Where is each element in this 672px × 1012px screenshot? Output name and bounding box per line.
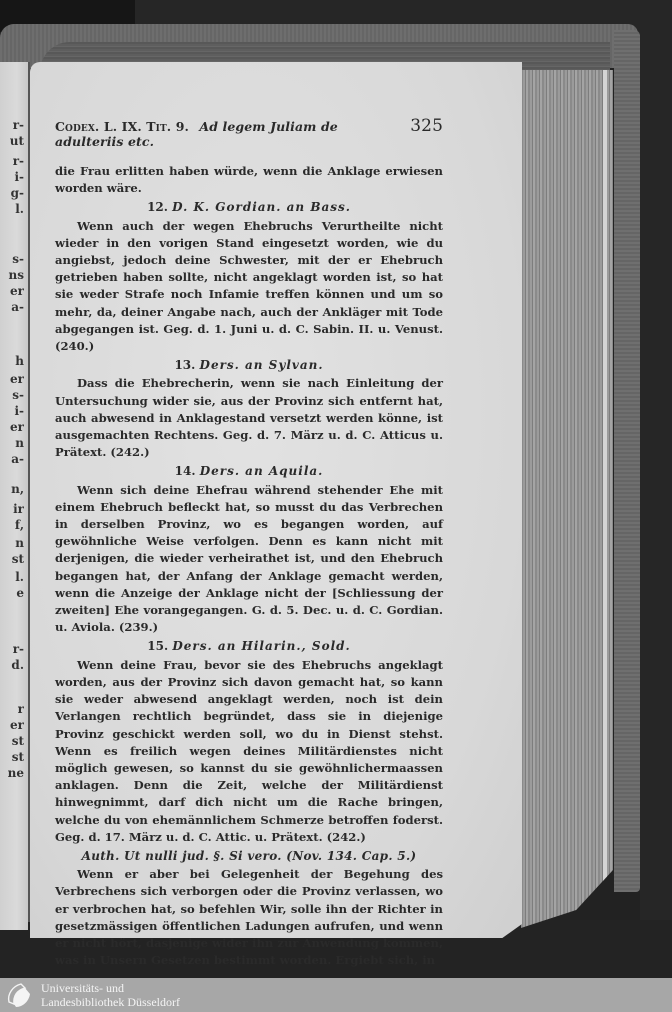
left-page-fragment: h: [0, 354, 24, 368]
paragraph: Wenn er aber bei Gelegenheit der Begehun…: [55, 866, 443, 969]
left-page-fragment: s-: [0, 252, 24, 266]
left-page-fragment: n: [0, 536, 24, 550]
paragraph: Wenn deine Frau, bevor sie des Ehebruchs…: [55, 657, 443, 846]
page-text: Codex. L. IX. Tit. 9. Ad legem Juliam de…: [55, 116, 443, 969]
left-page-fragment: s-: [0, 388, 24, 402]
left-page-fragment: ut: [0, 134, 24, 148]
left-page-fragment: st: [0, 750, 24, 764]
left-page-fragment: g-: [0, 186, 24, 200]
left-page-fragment: f,: [0, 518, 24, 532]
page-number: 325: [410, 116, 443, 136]
background: [640, 0, 672, 978]
book-cover-right: [614, 30, 640, 892]
scanned-book-image: r-utr-i-g-l.s-nsera-hers-i-erna-n,irf,ns…: [0, 0, 672, 978]
paragraph: Dass die Ehebrecherin, wenn sie nach Ein…: [55, 375, 443, 461]
left-page-fragment: ne: [0, 766, 24, 780]
book-gutter: [28, 62, 30, 922]
left-page-fragment: a-: [0, 452, 24, 466]
left-page-sliver: r-utr-i-g-l.s-nsera-hers-i-erna-n,irf,ns…: [0, 62, 28, 930]
section-heading: 13. Ders. an Sylvan.: [55, 357, 443, 374]
left-page-fragment: r: [0, 702, 24, 716]
running-head: Codex. L. IX. Tit. 9. Ad legem Juliam de…: [55, 116, 443, 149]
section-heading-authentica: Auth. Ut nulli jud. §. Si vero. (Nov. 13…: [55, 848, 443, 865]
left-page-fragment: n,: [0, 482, 24, 496]
left-page-fragment: r-: [0, 642, 24, 656]
left-page-fragment: st: [0, 552, 24, 566]
section-heading: 15. Ders. an Hilarin., Sold.: [55, 638, 443, 655]
left-page-fragment: st: [0, 734, 24, 748]
left-page-fragment: d.: [0, 658, 24, 672]
left-page-fragment: er: [0, 284, 24, 298]
library-logo-icon: [3, 980, 33, 1010]
library-name: Universitäts- und Landesbibliothek Düsse…: [41, 981, 180, 1009]
page-edges-right: [521, 70, 613, 928]
left-page-fragment: ns: [0, 268, 24, 282]
left-page-fragment: er: [0, 718, 24, 732]
section-heading: 14. Ders. an Aquila.: [55, 463, 443, 480]
left-page-fragment: i-: [0, 170, 24, 184]
running-head-codex: Codex. L. IX. Tit. 9.: [55, 119, 189, 134]
left-page-fragment: i-: [0, 404, 24, 418]
section-heading: 12. D. K. Gordian. an Bass.: [55, 199, 443, 216]
left-page-fragment: r-: [0, 154, 24, 168]
left-page-fragment: n: [0, 436, 24, 450]
library-footer-bar: Universitäts- und Landesbibliothek Düsse…: [0, 978, 672, 1012]
left-page-fragment: r-: [0, 118, 24, 132]
paragraph: die Frau erlitten haben würde, wenn die …: [55, 163, 443, 197]
left-page-fragment: e: [0, 586, 24, 600]
left-page-fragment: ir: [0, 502, 24, 516]
paragraph: Wenn auch der wegen Ehebruchs Verurtheil…: [55, 218, 443, 356]
left-page-fragment: er: [0, 420, 24, 434]
left-page-fragment: l.: [0, 570, 24, 584]
left-page-fragment: a-: [0, 300, 24, 314]
left-page-fragment: l.: [0, 202, 24, 216]
paragraph: Wenn sich deine Ehefrau während stehende…: [55, 482, 443, 637]
left-page-fragment: er: [0, 372, 24, 386]
